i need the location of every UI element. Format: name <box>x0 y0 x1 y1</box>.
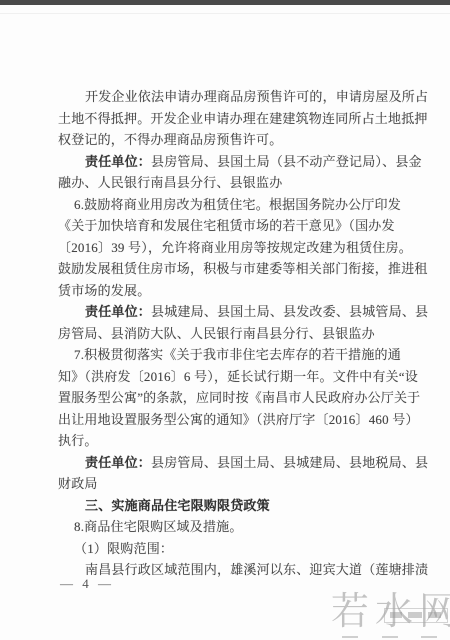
scan-hairline <box>0 13 450 14</box>
responsible-units-text: 县房管局、县国土局（县不动产登记局）、县金 <box>151 154 422 169</box>
item-7-line: 知》（洪府发〔2016〕6 号），延长试行期一年。文件中有关“设 <box>58 366 426 388</box>
page-number: — 4 — <box>60 576 114 592</box>
responsible-units-label: 责任单位： <box>85 154 151 169</box>
responsible-units-1-line: 责任单位：县房管局、县国土局（县不动产登记局）、县金 <box>58 151 426 173</box>
item-7-line: 置服务型公寓”的条款，应同时按《南昌市人民政府办公厅关于 <box>58 387 426 409</box>
paragraph-presale-line: 土地不得抵押。开发企业申请办理在建建筑物连同所占土地抵押 <box>58 108 426 130</box>
watermark-underline-dash <box>342 636 358 638</box>
section-heading-3: 三、实施商品住宅限购限贷政策 <box>58 495 426 517</box>
responsible-units-3-line: 财政局 <box>58 473 426 495</box>
item-7-line: 出让用地设置服务型公寓的通知》（洪府厅字〔2016〕460 号） <box>58 409 426 431</box>
responsible-units-2-line: 责任单位：县城建局、县国土局、县发改委、县城管局、县 <box>58 301 426 323</box>
watermark-underline-dash <box>421 636 437 638</box>
item-6-line: 赁市场的发展。 <box>58 280 426 302</box>
watermark-stamp-mark <box>428 612 441 618</box>
responsible-units-label: 责任单位： <box>85 304 151 319</box>
watermark-stamp <box>384 608 448 623</box>
item-6-line: 〔2016〕39 号），允许将商业用房等按规定改建为租赁住房。 <box>58 237 426 259</box>
item-6-line: 6.鼓励将商业用房改为租赁住宅。根据国务院办公厅印发 <box>58 194 426 216</box>
responsible-units-2-line: 房管局、县消防大队、人民银行南昌县分行、县银监办 <box>58 323 426 345</box>
watermark-stamp-mark <box>390 612 402 618</box>
item-7-line: 7.积极贯彻落实《关于我市非住宅去库存的若干措施的通 <box>58 344 426 366</box>
responsible-units-1-line: 融办、人民银行南昌县分行、县银监办 <box>58 172 426 194</box>
item-8-line: 8.商品住宅限购区域及措施。 <box>58 516 426 538</box>
watermark-underline-dash <box>382 636 398 638</box>
paragraph-presale-line: 开发企业依法申请办理商品房预售许可的，申请房屋及所占 <box>58 86 426 108</box>
paragraph-presale-line: 权登记的，不得办理商品房预售许可。 <box>58 129 426 151</box>
item-7-line: 执行。 <box>58 430 426 452</box>
responsible-units-label: 责任单位： <box>85 455 151 470</box>
watermark-stamp-mark <box>408 612 422 618</box>
item-6-line: 《关于加快培育和发展住宅租赁市场的若干意见》（国办发 <box>58 215 426 237</box>
document-body: 开发企业依法申请办理商品房预售许可的，申请房屋及所占 土地不得抵押。开发企业申请… <box>58 86 426 581</box>
responsible-units-text: 县城建局、县国土局、县发改委、县城管局、县 <box>151 304 428 319</box>
scan-top-edge-bar <box>0 0 450 5</box>
item-8-sub-1: （1）限购范围： <box>58 538 426 560</box>
responsible-units-text: 县房管局、县国土局、县城建局、县地税局、县 <box>151 455 428 470</box>
item-6-line: 鼓励发展租赁住房市场，积极与市建委等相关部门衔接，推进租 <box>58 258 426 280</box>
responsible-units-3-line: 责任单位：县房管局、县国土局、县城建局、县地税局、县 <box>58 452 426 474</box>
